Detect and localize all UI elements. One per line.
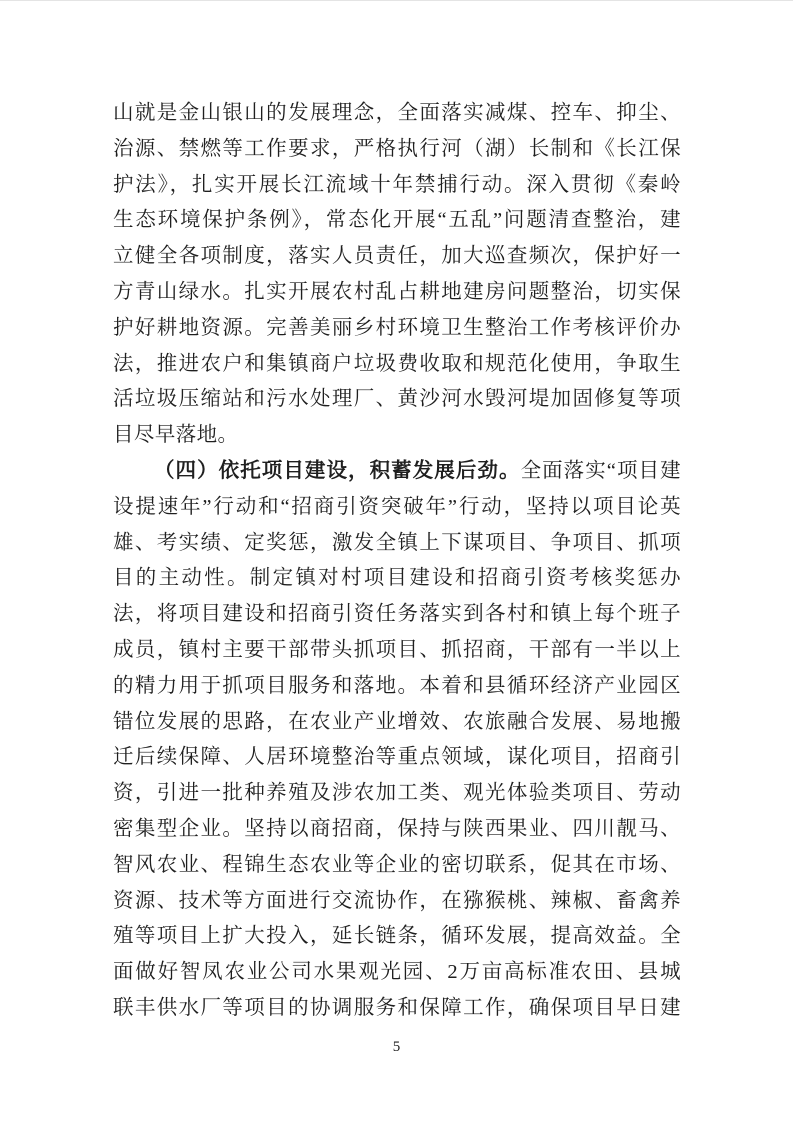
- text-run: 雄、考实绩、定奖惩，激发全镇上下谋项目、争项目、抓项: [113, 532, 681, 554]
- text-run: 密集型企业。坚持以商招商，保持与陕西果业、四川靓马、: [113, 818, 681, 840]
- text-line: 迁后续保障、人居环境整治等重点领域，谋化项目，招商引: [113, 740, 681, 776]
- page-number: 5: [0, 1039, 793, 1056]
- text-run: 立健全各项制度，落实人员责任，加大巡查频次，保护好一: [113, 245, 681, 267]
- text-line: （四）依托项目建设，积蓄发展后劲。全面落实“项目建: [113, 454, 681, 490]
- text-line: 面做好智凤农业公司水果观光园、2万亩高标准农田、县城: [113, 955, 681, 991]
- text-run: 法，将项目建设和招商引资任务落实到各村和镇上每个班子: [113, 603, 681, 625]
- text-run: 全面落实“项目建: [521, 460, 681, 482]
- text-line: 成员，镇村主要干部带头抓项目、抓招商，干部有一半以上: [113, 633, 681, 669]
- text-run: 治源、禁燃等工作要求，严格执行河（湖）长制和《长江保: [113, 138, 681, 160]
- text-line: 法，推进农户和集镇商户垃圾费收取和规范化使用，争取生: [113, 347, 681, 383]
- text-run: 目尽早落地。: [113, 424, 238, 446]
- text-run: 面做好智凤农业公司水果观光园、2万亩高标准农田、县城: [113, 961, 681, 983]
- text-line: 雄、考实绩、定奖惩，激发全镇上下谋项目、争项目、抓项: [113, 526, 681, 562]
- text-line: 联丰供水厂等项目的协调服务和保障工作，确保项目早日建: [113, 991, 681, 1027]
- text-run: 活垃圾压缩站和污水处理厂、黄沙河水毁河堤加固修复等项: [113, 388, 681, 410]
- text-line: 护法》，扎实开展长江流域十年禁捕行动。深入贯彻《秦岭: [113, 168, 681, 204]
- text-run: 目的主动性。制定镇对村项目建设和招商引资考核奖惩办: [113, 567, 681, 589]
- text-run: 智风农业、程锦生态农业等企业的密切联系，促其在市场、: [113, 854, 681, 876]
- text-line: 目的主动性。制定镇对村项目建设和招商引资考核奖惩办: [113, 561, 681, 597]
- text-run: 护好耕地资源。完善美丽乡村环境卫生整治工作考核评价办: [113, 317, 681, 339]
- text-run: 法，推进农户和集镇商户垃圾费收取和规范化使用，争取生: [113, 353, 681, 375]
- text-line: 资，引进一批种养殖及涉农加工类、观光体验类项目、劳动: [113, 776, 681, 812]
- text-run: 联丰供水厂等项目的协调服务和保障工作，确保项目早日建: [113, 997, 681, 1019]
- text-line: 立健全各项制度，落实人员责任，加大巡查频次，保护好一: [113, 239, 681, 275]
- text-line: 智风农业、程锦生态农业等企业的密切联系，促其在市场、: [113, 848, 681, 884]
- text-run: 护法》，扎实开展长江流域十年禁捕行动。深入贯彻《秦岭: [113, 174, 681, 196]
- text-line: 密集型企业。坚持以商招商，保持与陕西果业、四川靓马、: [113, 812, 681, 848]
- text-run: 迁后续保障、人居环境整治等重点领域，谋化项目，招商引: [113, 746, 681, 768]
- document-page: 山就是金山银山的发展理念，全面落实减煤、控车、抑尘、治源、禁燃等工作要求，严格执…: [0, 0, 793, 1122]
- text-line: 资源、技术等方面进行交流协作，在猕猴桃、辣椒、畜禽养: [113, 884, 681, 920]
- text-line: 护好耕地资源。完善美丽乡村环境卫生整治工作考核评价办: [113, 311, 681, 347]
- text-run: 成员，镇村主要干部带头抓项目、抓招商，干部有一半以上: [113, 639, 681, 661]
- text-run: 殖等项目上扩大投入，延长链条，循环发展，提高效益。全: [113, 925, 681, 947]
- text-line: 的精力用于抓项目服务和落地。本着和县循环经济产业园区: [113, 669, 681, 705]
- section-four-heading: （四）依托项目建设，积蓄发展后劲。: [154, 460, 521, 482]
- text-line: 设提速年”行动和“招商引资突破年”行动，坚持以项目论英: [113, 490, 681, 526]
- paragraph-section-four-projects: （四）依托项目建设，积蓄发展后劲。全面落实“项目建设提速年”行动和“招商引资突破…: [113, 454, 681, 1027]
- text-line: 错位发展的思路，在农业产业增效、农旅融合发展、易地搬: [113, 705, 681, 741]
- text-line: 目尽早落地。: [113, 418, 681, 454]
- text-line: 活垃圾压缩站和污水处理厂、黄沙河水毁河堤加固修复等项: [113, 382, 681, 418]
- text-line: 生态环境保护条例》，常态化开展“五乱”问题清查整治，建: [113, 203, 681, 239]
- text-line: 方青山绿水。扎实开展农村乱占耕地建房问题整治，切实保: [113, 275, 681, 311]
- text-run: 方青山绿水。扎实开展农村乱占耕地建房问题整治，切实保: [113, 281, 681, 303]
- text-line: 山就是金山银山的发展理念，全面落实减煤、控车、抑尘、: [113, 96, 681, 132]
- text-run: 生态环境保护条例》，常态化开展“五乱”问题清查整治，建: [113, 209, 681, 231]
- text-line: 治源、禁燃等工作要求，严格执行河（湖）长制和《长江保: [113, 132, 681, 168]
- text-run: 资源、技术等方面进行交流协作，在猕猴桃、辣椒、畜禽养: [113, 890, 681, 912]
- text-run: 设提速年”行动和“招商引资突破年”行动，坚持以项目论英: [113, 496, 681, 518]
- paragraph-ecology-continuation: 山就是金山银山的发展理念，全面落实减煤、控车、抑尘、治源、禁燃等工作要求，严格执…: [113, 96, 681, 454]
- text-block: 山就是金山银山的发展理念，全面落实减煤、控车、抑尘、治源、禁燃等工作要求，严格执…: [113, 96, 681, 1027]
- text-run: 错位发展的思路，在农业产业增效、农旅融合发展、易地搬: [113, 711, 681, 733]
- text-line: 法，将项目建设和招商引资任务落实到各村和镇上每个班子: [113, 597, 681, 633]
- text-line: 殖等项目上扩大投入，延长链条，循环发展，提高效益。全: [113, 919, 681, 955]
- text-run: 山就是金山银山的发展理念，全面落实减煤、控车、抑尘、: [113, 102, 681, 124]
- text-run: 资，引进一批种养殖及涉农加工类、观光体验类项目、劳动: [113, 782, 681, 804]
- text-run: 的精力用于抓项目服务和落地。本着和县循环经济产业园区: [113, 675, 681, 697]
